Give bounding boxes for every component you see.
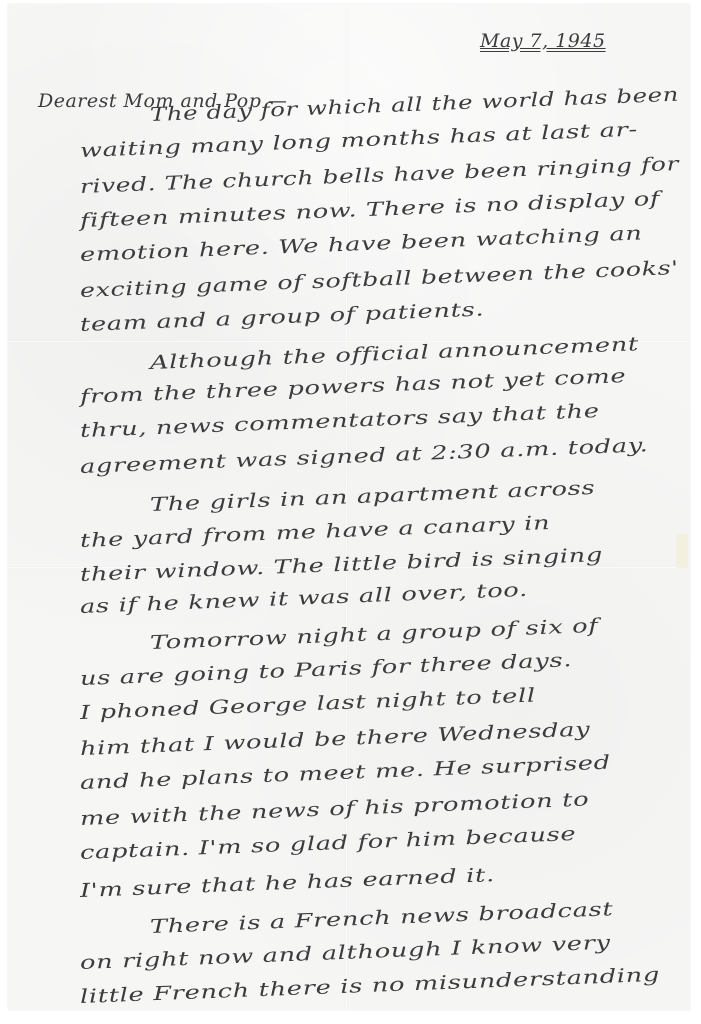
paper-stain [676,534,688,568]
letter-date: May 7, 1945 [480,30,606,52]
